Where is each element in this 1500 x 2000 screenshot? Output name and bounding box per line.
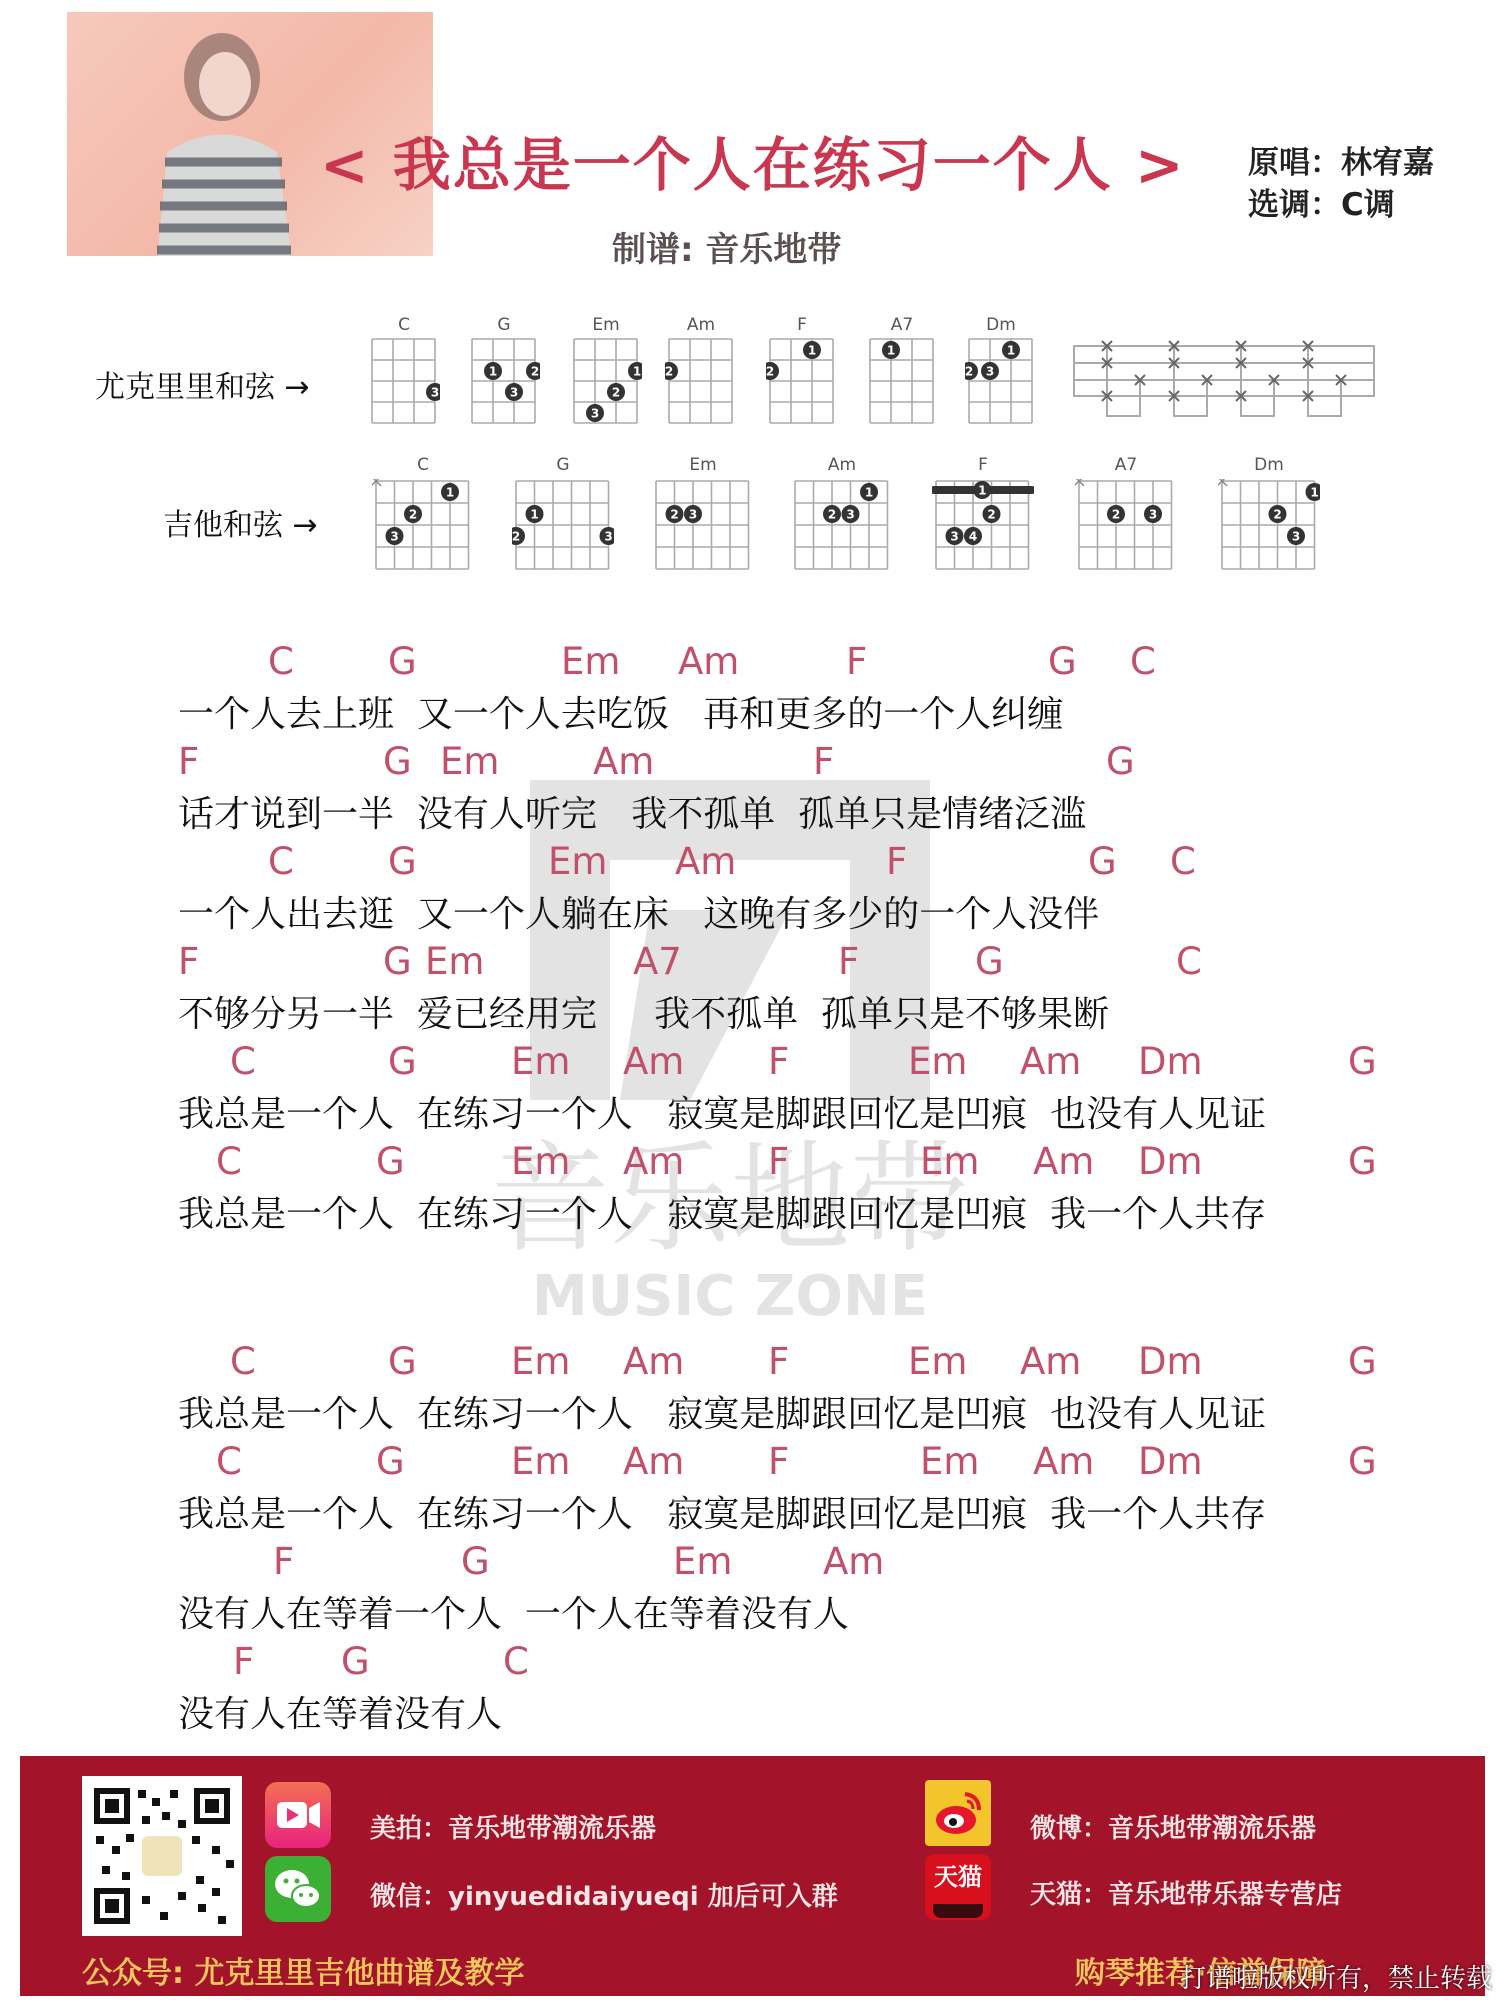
guitar-chord-g: G123 (512, 455, 614, 575)
svg-text:1: 1 (1007, 344, 1015, 358)
svg-text:3: 3 (390, 530, 398, 544)
chord-diagram-icon: 123 (791, 479, 893, 573)
ukulele-chord-am: Am2 (665, 315, 737, 430)
chord-symbol: Am (1020, 1040, 1081, 1083)
guitar-chord-a7: A723 (1075, 455, 1177, 575)
lyrics-sheet: CGEmAmFGC一个人去上班 又一个人去吃饭 再和更多的一个人纠缠FGEmAm… (178, 640, 1428, 1740)
chord-symbol: F (768, 1440, 789, 1483)
chord-symbol: Dm (1138, 1140, 1203, 1183)
chord-symbol: F (768, 1140, 789, 1183)
chord-symbol: G (388, 1340, 417, 1383)
chord-symbol: F (178, 740, 199, 783)
lyric-line (178, 1290, 1428, 1340)
weibo-icon[interactable] (925, 1780, 991, 1846)
ukulele-chord-f: F12 (766, 315, 838, 430)
chord-symbol: C (503, 1640, 529, 1683)
chord-symbol: Em (920, 1440, 979, 1483)
tmall-icon[interactable]: 天猫 (925, 1854, 991, 1920)
lyric-line: 我总是一个人 在练习一个人 寂寞是脚跟回忆是凹痕 也没有人见证 (178, 1390, 1428, 1440)
chord-symbol: Am (1020, 1340, 1081, 1383)
copyright-notice: 打谱啦版权所有，禁止转载 (1180, 1958, 1492, 1995)
svg-text:2: 2 (987, 508, 995, 522)
chord-line: CGEmAmFEmAmDmG (178, 1440, 1428, 1490)
chord-diagram-icon: 123 (468, 337, 540, 429)
song-title: < 我总是一个人在练习一个人 > (320, 118, 1186, 202)
chord-diagram-icon: 3 (368, 337, 440, 429)
svg-text:2: 2 (612, 386, 620, 400)
chord-diagram-icon: 123 (1218, 479, 1320, 573)
svg-text:2: 2 (1112, 508, 1120, 522)
svg-text:1: 1 (887, 344, 895, 358)
lyric-line: 我总是一个人 在练习一个人 寂寞是脚跟回忆是凹痕 我一个人共存 (178, 1490, 1428, 1540)
chord-symbol: G (383, 740, 412, 783)
chord-symbol: F (886, 840, 907, 883)
chord-symbol: Dm (1138, 1340, 1203, 1383)
chord-symbol: Am (1033, 1140, 1094, 1183)
chord-symbol: Am (623, 1140, 684, 1183)
chord-name: Am (791, 455, 893, 475)
chord-diagram-icon: 123 (965, 337, 1037, 429)
chord-symbol: Dm (1138, 1040, 1203, 1083)
lyric-line: 没有人在等着一个人 一个人在等着没有人 (178, 1590, 1428, 1640)
chord-symbol: G (461, 1540, 490, 1583)
lyric-line: 一个人去上班 又一个人去吃饭 再和更多的一个人纠缠 (178, 690, 1428, 740)
chord-symbol: Am (623, 1340, 684, 1383)
chord-symbol: Am (675, 840, 736, 883)
chord-name: G (512, 455, 614, 475)
guitar-chord-am: Am123 (791, 455, 893, 575)
chord-symbol: G (1088, 840, 1117, 883)
svg-text:1: 1 (808, 344, 816, 358)
chord-line: CGEmAmFEmAmDmG (178, 1040, 1428, 1090)
chord-symbol: F (813, 740, 834, 783)
chord-symbol: Em (908, 1340, 967, 1383)
chord-symbol: F (838, 940, 859, 983)
chord-symbol: C (216, 1140, 242, 1183)
svg-text:2: 2 (512, 530, 520, 544)
chord-symbol: G (388, 1040, 417, 1083)
chord-name: C (372, 455, 474, 475)
chord-symbol: G (1348, 1340, 1377, 1383)
svg-text:2: 2 (670, 508, 678, 522)
svg-text:1: 1 (978, 484, 986, 498)
chord-line: FGEmAm (178, 1540, 1428, 1590)
chord-name: Dm (965, 315, 1037, 335)
chord-symbol: G (388, 640, 417, 683)
chord-diagram-icon: 12 (766, 337, 838, 429)
guitar-chord-em: Em23 (652, 455, 754, 575)
chord-symbol: Am (623, 1440, 684, 1483)
chord-symbol: Em (548, 840, 607, 883)
chord-symbol: C (268, 640, 294, 683)
svg-text:2: 2 (665, 365, 673, 379)
chord-symbol: F (233, 1640, 254, 1683)
chord-diagram-icon: 123 (570, 337, 642, 429)
chord-symbol: G (1348, 1440, 1377, 1483)
chord-diagram-icon: 2 (665, 337, 737, 429)
chord-symbol: G (1048, 640, 1077, 683)
chord-symbol: Em (440, 740, 499, 783)
chord-name: Em (652, 455, 754, 475)
guitar-chord-dm: Dm123 (1218, 455, 1320, 575)
arranger: 制谱: 音乐地带 (612, 222, 841, 271)
chord-symbol: C (230, 1040, 256, 1083)
svg-text:2: 2 (409, 508, 417, 522)
chord-symbol: Em (511, 1140, 570, 1183)
lyric-line: 不够分另一半 爱已经用完 我不孤单 孤单只是不够果断 (178, 990, 1428, 1040)
chord-name: Am (665, 315, 737, 335)
chord-symbol: Em (673, 1540, 732, 1583)
chord-symbol: Am (593, 740, 654, 783)
chord-line: FGEmA7FGC (178, 940, 1428, 990)
chord-symbol: F (768, 1340, 789, 1383)
chord-name: A7 (1075, 455, 1177, 475)
chord-symbol: G (388, 840, 417, 883)
chord-symbol: Em (908, 1040, 967, 1083)
chord-symbol: Em (511, 1040, 570, 1083)
chord-diagram-icon: 23 (1075, 479, 1177, 573)
ukulele-chord-g: G123 (468, 315, 540, 430)
svg-text:2: 2 (531, 365, 539, 379)
chord-symbol: Em (920, 1140, 979, 1183)
chord-line: CGEmAmFEmAmDmG (178, 1340, 1428, 1390)
chord-symbol: G (1348, 1040, 1377, 1083)
chord-symbol: A7 (633, 940, 682, 983)
svg-text:3: 3 (689, 508, 697, 522)
chord-name: Dm (1218, 455, 1320, 475)
chord-symbol: Am (623, 1040, 684, 1083)
chord-name: F (932, 455, 1034, 475)
lyric-line: 没有人在等着没有人 (178, 1690, 1428, 1740)
tmall-store: 天猫：音乐地带乐器专营店 (1030, 1874, 1342, 1911)
svg-text:2: 2 (965, 365, 973, 379)
chord-line: CGEmAmFGC (178, 840, 1428, 890)
ukulele-chord-dm: Dm123 (965, 315, 1037, 430)
chord-symbol: Em (511, 1340, 570, 1383)
svg-text:3: 3 (1292, 530, 1300, 544)
chord-symbol: F (768, 1040, 789, 1083)
svg-text:2: 2 (1273, 508, 1281, 522)
guitar-chord-f: F1234 (932, 455, 1034, 575)
meipai-icon[interactable] (265, 1782, 331, 1848)
chord-symbol: G (341, 1640, 370, 1683)
chord-symbol: G (376, 1440, 405, 1483)
original-singer: 原唱：林宥嘉 (1248, 142, 1434, 184)
chord-line: FGC (178, 1640, 1428, 1690)
key-selection: 选调：C调 (1248, 184, 1434, 226)
chord-symbol: Em (425, 940, 484, 983)
lyric-line: 话才说到一半 没有人听完 我不孤单 孤单只是情绪泛滥 (178, 790, 1428, 840)
chord-symbol: C (1176, 940, 1202, 983)
chord-name: Em (570, 315, 642, 335)
chord-symbol: Am (1033, 1440, 1094, 1483)
ukulele-chord-em: Em123 (570, 315, 642, 430)
guitar-chords-label: 吉他和弦 → (163, 500, 318, 544)
public-account: 公众号: 尤克里里吉他曲谱及教学 (82, 1948, 524, 1992)
chord-symbol: Dm (1138, 1440, 1203, 1483)
lyric-line: 我总是一个人 在练习一个人 寂寞是脚跟回忆是凹痕 也没有人见证 (178, 1090, 1428, 1140)
guitar-chord-c: C123 (372, 455, 474, 575)
lyric-line: 一个人出去逛 又一个人躺在床 这晚有多少的一个人没伴 (178, 890, 1428, 940)
svg-text:3: 3 (591, 407, 599, 421)
svg-text:3: 3 (846, 508, 854, 522)
chord-line: FGEmAmFG (178, 740, 1428, 790)
chord-symbol: F (273, 1540, 294, 1583)
chord-diagram-icon: 23 (652, 479, 754, 573)
svg-text:3: 3 (431, 386, 439, 400)
chord-name: F (766, 315, 838, 335)
chord-symbol: Em (561, 640, 620, 683)
svg-text:1: 1 (530, 508, 538, 522)
svg-text:4: 4 (969, 530, 977, 544)
chord-line (178, 1240, 1428, 1290)
chord-diagram-icon: 1234 (932, 479, 1034, 573)
svg-text:1: 1 (1310, 486, 1318, 500)
qr-code-icon[interactable] (82, 1776, 242, 1936)
chord-symbol: F (846, 640, 867, 683)
chord-symbol: G (975, 940, 1004, 983)
svg-text:3: 3 (986, 365, 994, 379)
lyric-line: 我总是一个人 在练习一个人 寂寞是脚跟回忆是凹痕 我一个人共存 (178, 1190, 1428, 1240)
chord-symbol: G (1106, 740, 1135, 783)
svg-text:1: 1 (446, 486, 454, 500)
wechat-account: 微信：yinyuedidaiyueqi 加后可入群 (370, 1876, 838, 1913)
svg-text:1: 1 (633, 365, 641, 379)
chord-diagram-icon: 123 (512, 479, 614, 573)
ukulele-chords-label: 尤克里里和弦 → (95, 362, 310, 406)
chord-line: CGEmAmFEmAmDmG (178, 1140, 1428, 1190)
ukulele-chord-a7: A71 (866, 315, 938, 430)
svg-text:1: 1 (489, 365, 497, 379)
svg-text:3: 3 (950, 530, 958, 544)
svg-text:3: 3 (1149, 508, 1157, 522)
chord-symbol: C (1130, 640, 1156, 683)
chord-symbol: Am (678, 640, 739, 683)
chord-diagram-icon: 1 (866, 337, 938, 429)
chord-symbol: C (1170, 840, 1196, 883)
strum-pattern-diagram (1072, 338, 1382, 428)
chord-symbol: F (178, 940, 199, 983)
svg-text:3: 3 (604, 530, 612, 544)
chord-symbol: C (216, 1440, 242, 1483)
chord-line: CGEmAmFGC (178, 640, 1428, 690)
chord-name: A7 (866, 315, 938, 335)
artist-figure-icon (127, 22, 317, 256)
wechat-icon[interactable] (265, 1856, 331, 1922)
chord-symbol: G (1348, 1140, 1377, 1183)
ukulele-chord-c: C3 (368, 315, 440, 430)
weibo-account: 微博：音乐地带潮流乐器 (1030, 1808, 1316, 1845)
chord-symbol: C (230, 1340, 256, 1383)
svg-text:1: 1 (865, 486, 873, 500)
chord-symbol: C (268, 840, 294, 883)
chord-symbol: Am (823, 1540, 884, 1583)
chord-name: G (468, 315, 540, 335)
svg-text:2: 2 (766, 365, 774, 379)
song-meta: 原唱：林宥嘉 选调：C调 (1248, 142, 1434, 226)
chord-name: C (368, 315, 440, 335)
meipai-account: 美拍：音乐地带潮流乐器 (370, 1808, 656, 1845)
chord-symbol: G (383, 940, 412, 983)
svg-text:3: 3 (510, 386, 518, 400)
chord-symbol: Em (511, 1440, 570, 1483)
chord-diagram-icon: 123 (372, 479, 474, 573)
svg-text:2: 2 (828, 508, 836, 522)
chord-symbol: G (376, 1140, 405, 1183)
